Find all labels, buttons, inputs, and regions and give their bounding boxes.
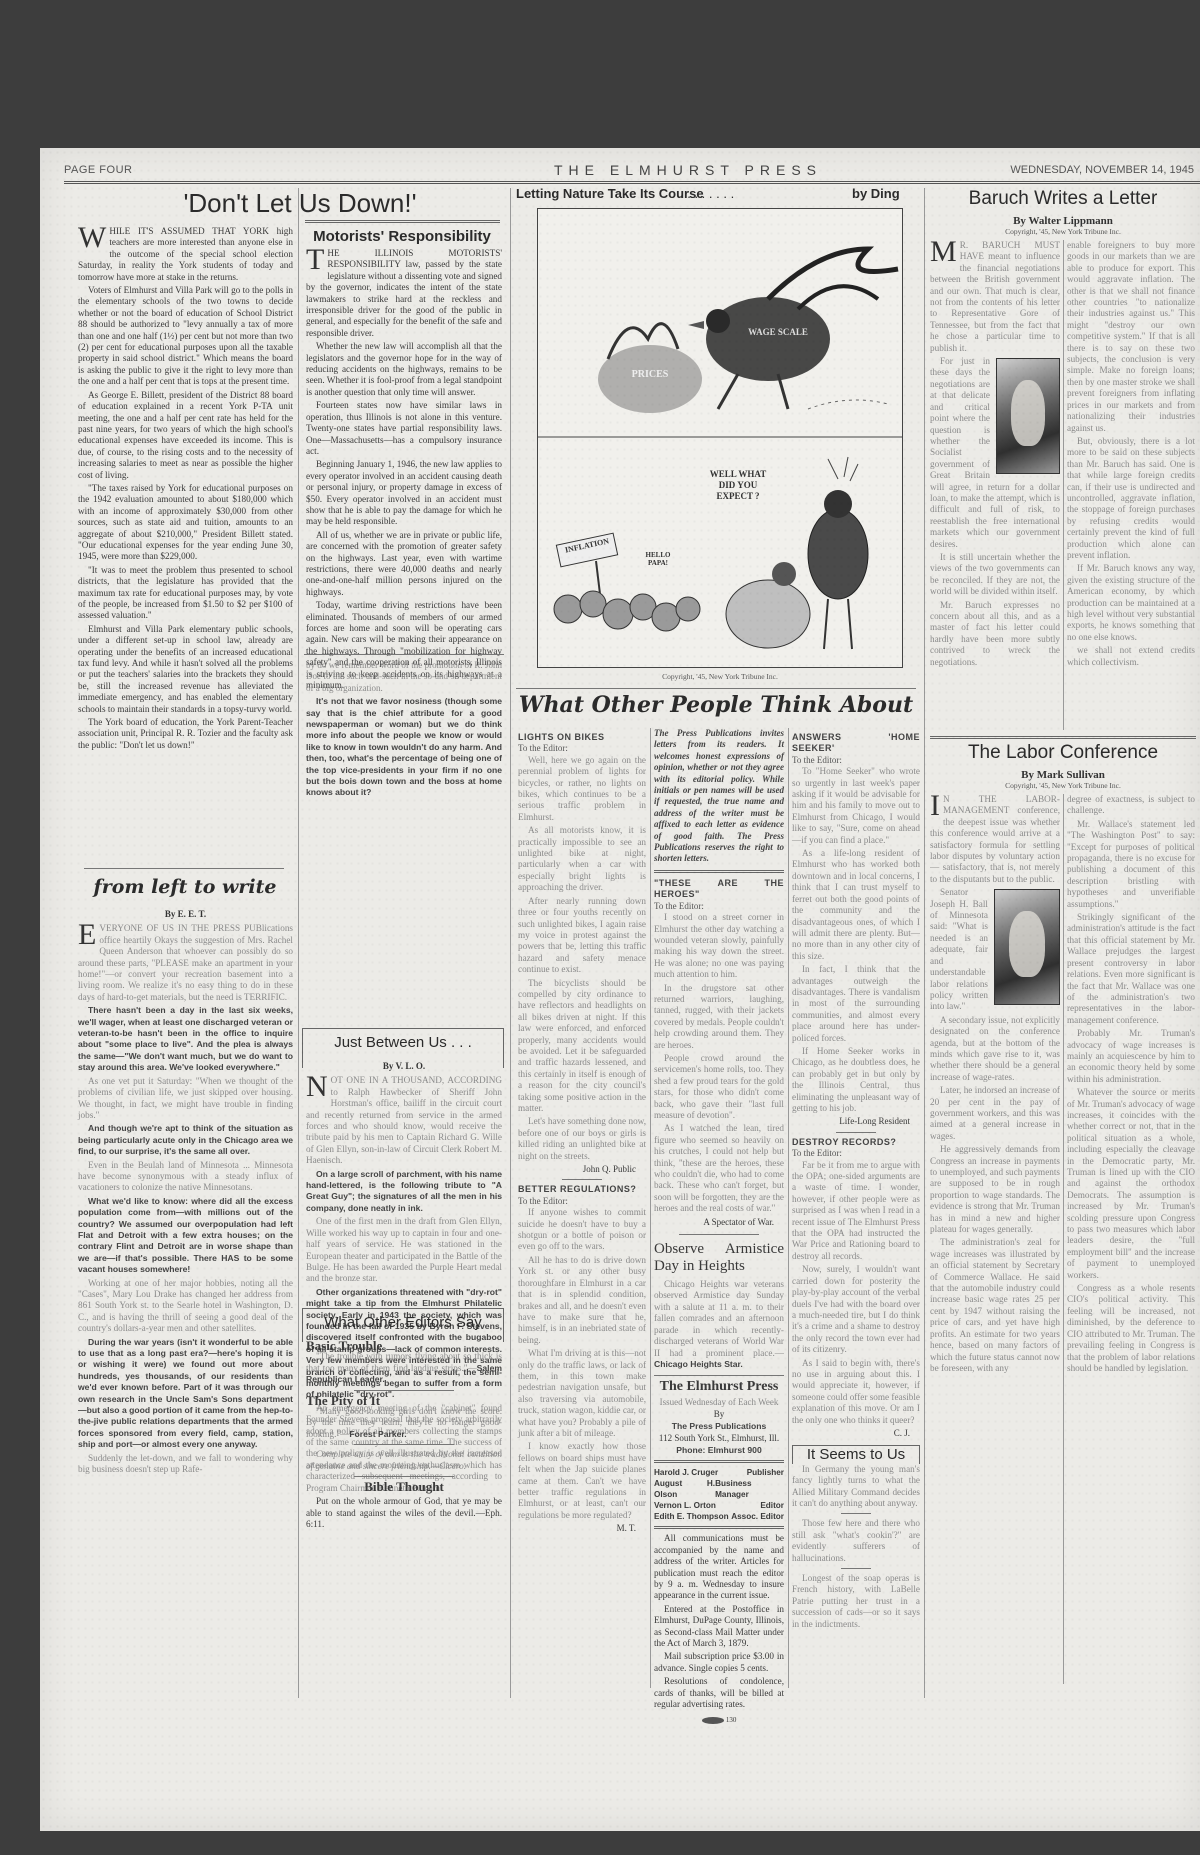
cicero-quote: Complete unity of aim is the traditional…: [306, 1449, 502, 1472]
editorial-dont-let-us-down: WHILE IT'S ASSUMED THAT YORK high teache…: [78, 226, 293, 753]
bible-thought-heading: Bible Thought: [306, 1481, 502, 1492]
divider: [516, 688, 916, 689]
column-left-to-write: By E. E. T. EVERYONE OF US IN THE PRESS …: [78, 906, 293, 1478]
letter-title: ANSWERS 'HOME SEEKER': [792, 732, 920, 755]
letters-column-a: LIGHTS ON BIKES To the Editor: Well, her…: [518, 728, 646, 1535]
column-divider: [650, 728, 651, 1688]
column-divider: [924, 188, 925, 1698]
masthead: PAGE FOUR THE ELMHURST PRESS WEDNESDAY, …: [64, 162, 1200, 184]
editorial-headline-motorists: Motorists' Responsibility: [302, 228, 502, 245]
staff-row: Vernon L. OrtonEditor: [654, 1500, 784, 1511]
column-headline-left-to-write: from left to write: [80, 876, 290, 898]
photo-mark-sullivan: [994, 889, 1060, 1005]
letter-title: DESTROY RECORDS?: [792, 1137, 920, 1148]
speech-bubble: WELL WHAT DID YOU EXPECT ?: [703, 469, 773, 502]
column-divider: [788, 728, 789, 1688]
column-headline-other-editors: What Other Editors Say: [302, 1314, 504, 1331]
nosiness-note: by do we remember word of the promotion …: [306, 660, 502, 801]
column-labor-a: IN THE LABOR-MANAGEMENT conference, the …: [930, 794, 1060, 1684]
column-headline-labor-conference: The Labor Conference: [926, 742, 1200, 764]
byline-sullivan: By Mark Sullivan: [926, 769, 1200, 781]
column-headline-baruch: Baruch Writes a Letter: [926, 188, 1200, 210]
armistice-headline: Observe Armistice Day in Heights: [654, 1241, 784, 1275]
label-prices: PRICES: [620, 369, 680, 380]
staff-row: Edith E. ThompsonAssoc. Editor: [654, 1511, 784, 1522]
byline-lippmann: By Walter Lippmann: [926, 215, 1200, 227]
baruch-copyright: Copyright, '45, New York Tribune Inc.: [926, 227, 1200, 236]
label-hello-papa: HELLO PAPA!: [638, 551, 678, 567]
union-bug-icon: [702, 1717, 724, 1724]
letter-signature: C. J.: [792, 1428, 920, 1439]
masthead-box: The Elmhurst Press Issued Wednesday of E…: [654, 1381, 784, 1456]
editorial-headline: 'Don't Let Us Down!': [100, 188, 500, 219]
column-divider: [510, 188, 511, 1698]
item-title: The Pity of It: [306, 1395, 502, 1406]
cartoon-copyright: Copyright, '45, New York Tribune Inc.: [537, 672, 903, 681]
letters-headline: What Other People Think About: [516, 692, 916, 718]
divider: [930, 736, 1196, 739]
page-number: PAGE FOUR: [64, 164, 132, 176]
dropcap: W: [78, 226, 106, 250]
column-headline-just-between-us: Just Between Us . . .: [302, 1034, 504, 1051]
paper-name: THE ELMHURST PRESS: [554, 162, 822, 178]
labor-copyright: Copyright, '45, New York Tribune Inc.: [926, 781, 1200, 790]
editorial-motorists: THE ILLINOIS MOTORISTS' RESPONSIBILITY l…: [306, 248, 502, 693]
label-wage-scale: WAGE SCALE: [748, 327, 808, 337]
union-label: 130: [654, 1714, 784, 1726]
cartoon-leader: . . . . . . . .: [680, 186, 734, 201]
column-baruch-b: enable foreigners to buy more goods in o…: [1067, 240, 1195, 730]
letters-policy: The Press Publications invites letters f…: [654, 728, 784, 865]
letter-title: LIGHTS ON BIKES: [518, 732, 646, 743]
letter-signature: Life-Long Resident: [792, 1116, 920, 1127]
divider: [84, 868, 284, 869]
column-other-editors: Basic Trouble "The trouble with rumors f…: [306, 1340, 502, 1533]
letters-column-b: The Press Publications invites letters f…: [654, 728, 784, 1727]
letters-column-c: ANSWERS 'HOME SEEKER' To the Editor: To …: [792, 728, 920, 1632]
cartoon-artist: by Ding: [852, 186, 900, 201]
letter-signature: M. T.: [518, 1523, 646, 1534]
staff-row: Harold J. CrugerPublisher: [654, 1467, 784, 1478]
editorial-cartoon: PRICES WAGE SCALE INFLATION HELLO PAPA! …: [537, 208, 903, 668]
it-seems-to-us-headline: It Seems to Us: [793, 1449, 919, 1460]
bible-thought-text: Put on the whole armour of God, that ye …: [306, 1496, 502, 1530]
column-baruch-a: MR. BARUCH MUST HAVE meant to influence …: [930, 240, 1060, 670]
cartoon-drawing: [538, 209, 902, 667]
divider: [305, 220, 500, 223]
letter-signature: A Spectator of War.: [654, 1217, 784, 1228]
letter-title: "THESE ARE THE HEROES": [654, 878, 784, 901]
divider: [304, 654, 504, 655]
letter-title: BETTER REGULATIONS?: [518, 1184, 646, 1195]
letter-signature: John Q. Public: [518, 1164, 646, 1175]
photo-walter-lippmann: [996, 358, 1060, 474]
staff-row: August H. OlsonBusiness Manager: [654, 1478, 784, 1500]
issue-date: WEDNESDAY, NOVEMBER 14, 1945: [1010, 164, 1194, 176]
item-title: Basic Trouble: [306, 1340, 502, 1351]
cartoon-title: Letting Nature Take Its Course: [516, 186, 704, 201]
column-labor-b: degree of exactness, is subject to chall…: [1067, 794, 1195, 1684]
column-divider: [298, 188, 299, 1698]
newspaper-page: PAGE FOUR THE ELMHURST PRESS WEDNESDAY, …: [40, 148, 1200, 1831]
staff-list: Harold J. CrugerPublisher August H. Olso…: [654, 1467, 784, 1522]
